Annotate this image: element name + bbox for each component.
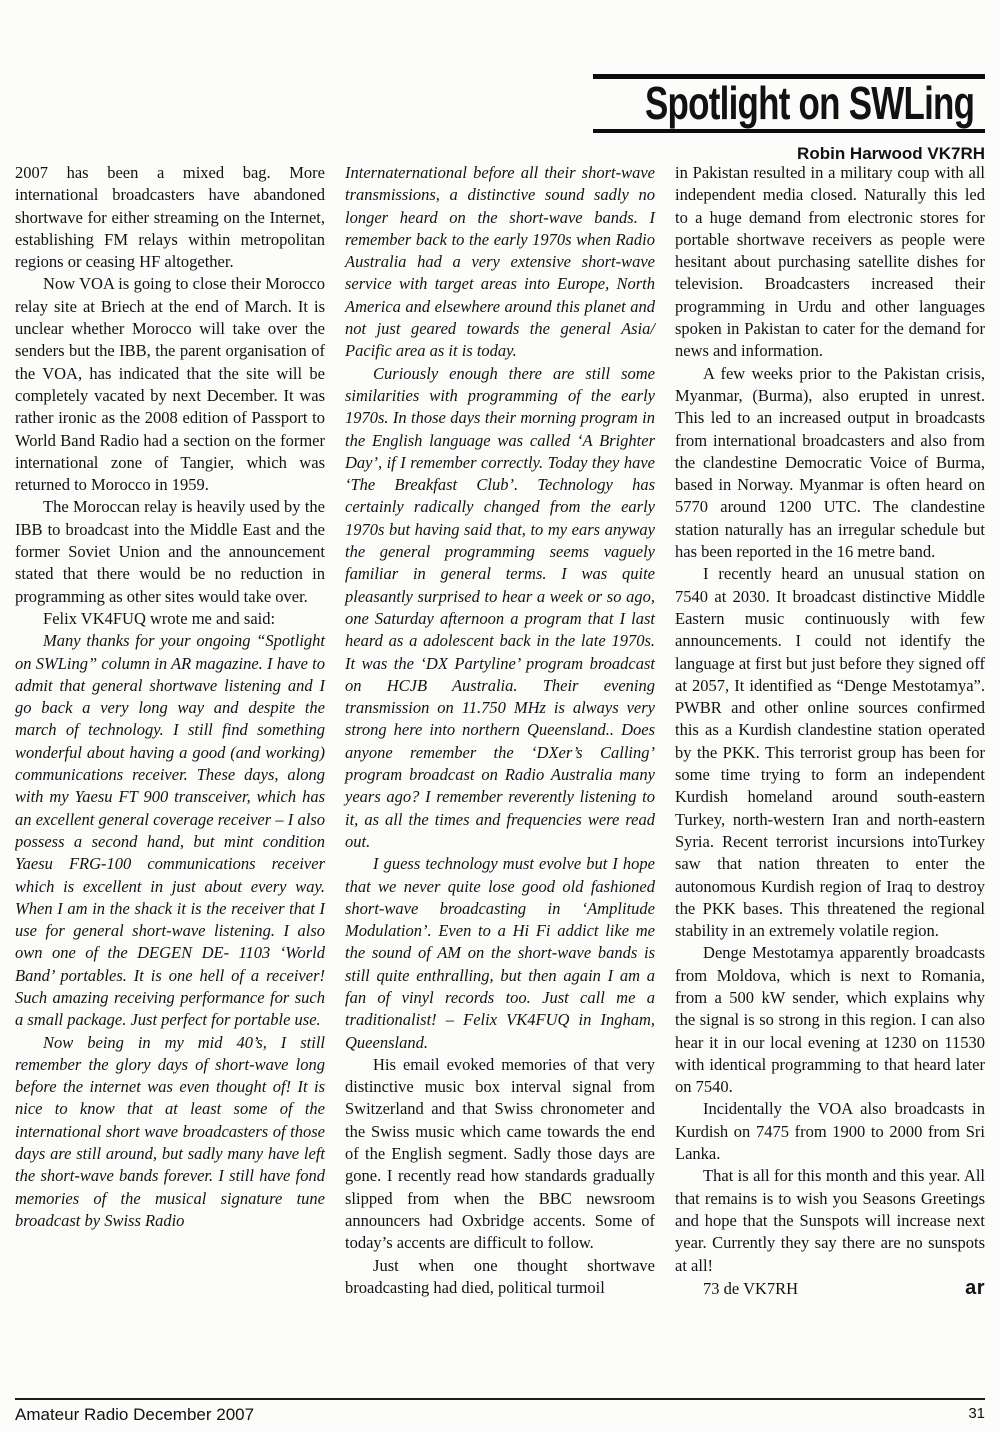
letter-paragraph: Now being in my mid 40’s, I still rememb… [15,1032,325,1233]
article-masthead: Spotlight on SWLing [593,74,985,133]
article-byline: Robin Harwood VK7RH [593,144,985,164]
body-paragraph: That is all for this month and this year… [675,1165,985,1276]
letter-paragraph: Curiously enough there are still some si… [345,363,655,854]
page-footer: Amateur Radio December 2007 31 [15,1398,985,1425]
letter-paragraph: Many thanks for your ongoing “Spotlight … [15,630,325,1031]
text-column-3: in Pakistan resulted in a military coup … [675,162,985,1394]
body-paragraph: 2007 has been a mixed bag. More internat… [15,162,325,273]
page-number: 31 [968,1405,985,1422]
magazine-page: Spotlight on SWLing Robin Harwood VK7RH … [0,0,1000,1433]
body-paragraph: in Pakistan resulted in a military coup … [675,162,985,363]
body-paragraph: His email evoked memories of that very d… [345,1054,655,1255]
signoff-text: 73 de VK7RH [675,1278,798,1300]
body-paragraph: Denge Mestotamya apparently broadcasts f… [675,942,985,1098]
body-paragraph: Now VOA is going to close their Morocco … [15,273,325,496]
body-paragraph: Felix VK4FUQ wrote me and said: [15,608,325,630]
article-title: Spotlight on SWLing [645,79,974,127]
letter-paragraph: I guess technology must evolve but I hop… [345,853,655,1054]
body-paragraph: Incidentally the VOA also broadcasts in … [675,1098,985,1165]
signoff-line: 73 de VK7RH ar [675,1277,985,1300]
journal-name: Amateur Radio December 2007 [15,1405,254,1425]
end-of-article-marker: ar [965,1277,985,1299]
letter-paragraph: Internaternational before all their shor… [345,162,655,363]
article-header: Spotlight on SWLing Robin Harwood VK7RH [593,74,985,164]
body-paragraph: The Moroccan relay is heavily used by th… [15,496,325,607]
body-paragraph: I recently heard an unusual station on 7… [675,563,985,942]
article-columns: 2007 has been a mixed bag. More internat… [15,162,985,1394]
body-paragraph: Just when one thought shortwave broadcas… [345,1255,655,1300]
text-column-1: 2007 has been a mixed bag. More internat… [15,162,325,1394]
body-paragraph: A few weeks prior to the Pakistan crisis… [675,363,985,564]
text-column-2: Internaternational before all their shor… [345,162,655,1394]
